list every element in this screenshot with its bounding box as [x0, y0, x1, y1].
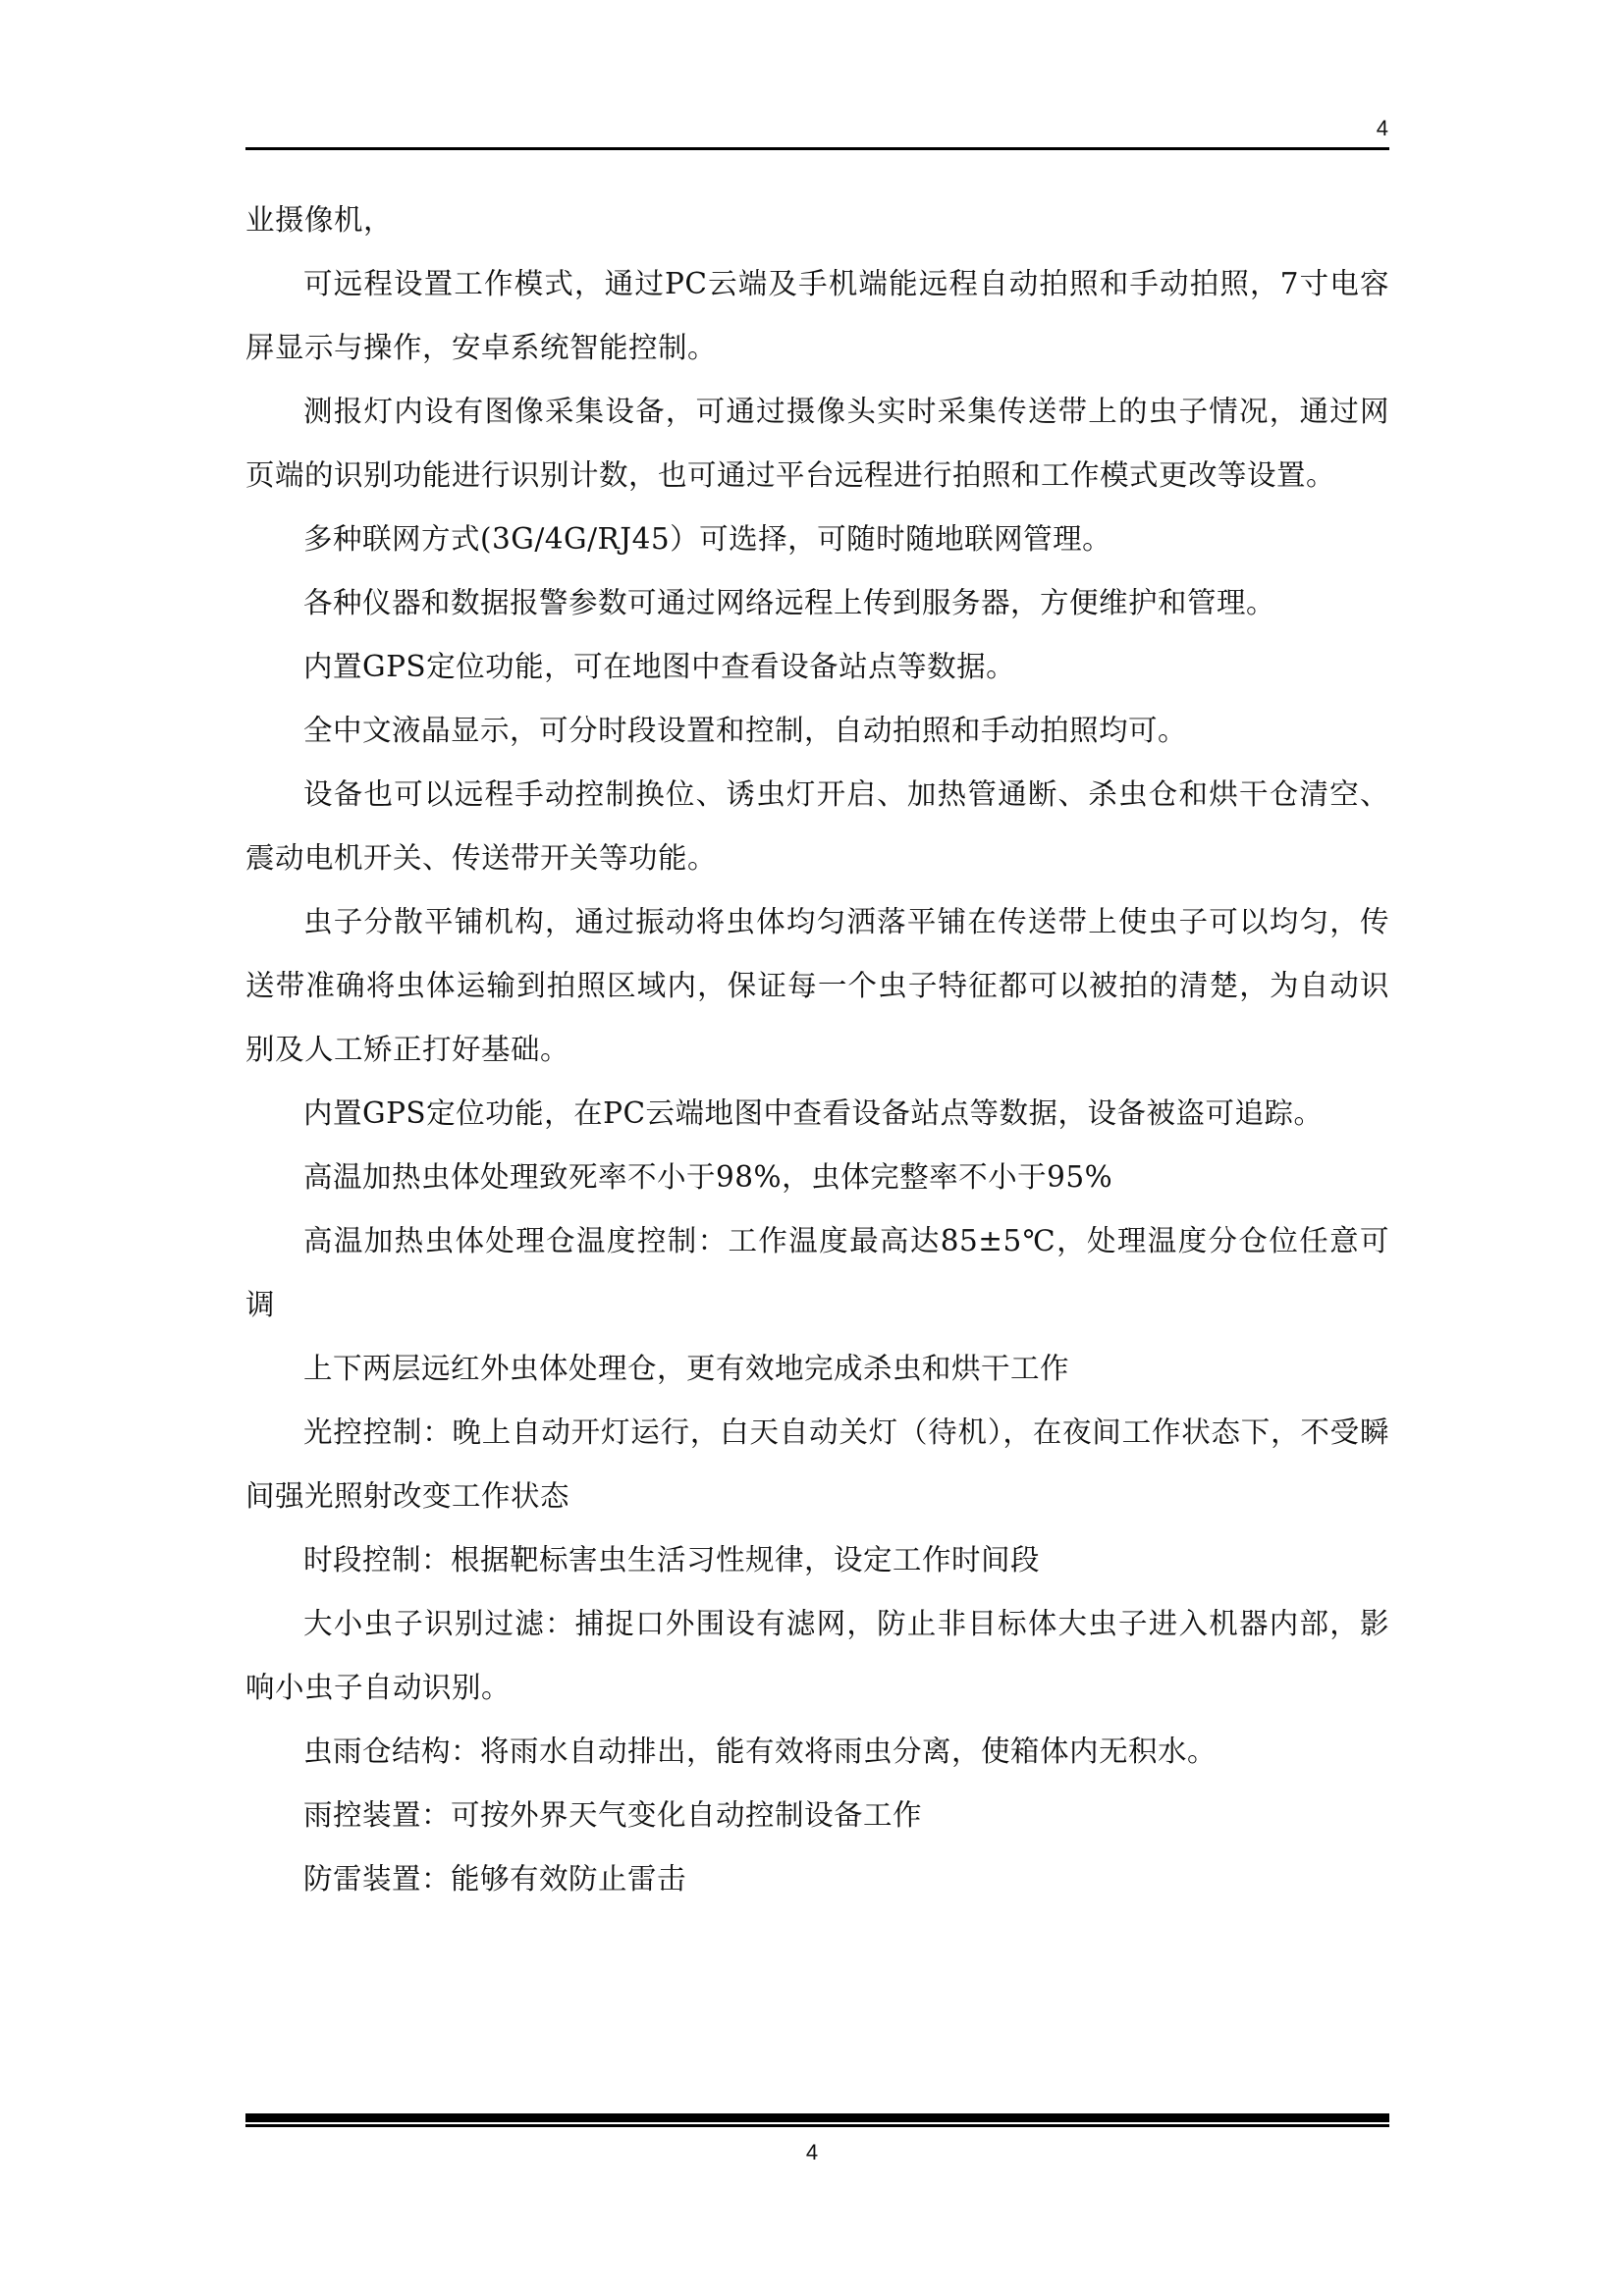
paragraph: 时段控制：根据靶标害虫生活习性规律，设定工作时间段: [245, 1528, 1389, 1592]
paragraph: 内置GPS定位功能，在PC云端地图中查看设备站点等数据，设备被盗可追踪。: [245, 1082, 1389, 1146]
paragraph: 各种仪器和数据报警参数可通过网络远程上传到服务器，方便维护和管理。: [245, 571, 1389, 635]
paragraph: 虫雨仓结构：将雨水自动排出，能有效将雨虫分离，使箱体内无积水。: [245, 1720, 1389, 1784]
footer-divider-thick: [245, 2113, 1389, 2122]
paragraph: 全中文液晶显示，可分时段设置和控制，自动拍照和手动拍照均可。: [245, 699, 1389, 763]
header-page-number: 4: [1377, 116, 1388, 141]
paragraph: 高温加热虫体处理致死率不小于98%，虫体完整率不小于95%: [245, 1146, 1389, 1209]
paragraph: 光控控制：晚上自动开灯运行，白天自动关灯（待机），在夜间工作状态下，不受瞬间强光…: [245, 1401, 1389, 1528]
paragraph: 设备也可以远程手动控制换位、诱虫灯开启、加热管通断、杀虫仓和烘干仓清空、震动电机…: [245, 763, 1389, 890]
paragraph: 上下两层远红外虫体处理仓，更有效地完成杀虫和烘干工作: [245, 1337, 1389, 1401]
footer-divider-thin: [245, 2124, 1389, 2127]
header-divider: [245, 147, 1389, 150]
paragraph: 雨控装置：可按外界天气变化自动控制设备工作: [245, 1784, 1389, 1847]
paragraph: 虫子分散平铺机构，通过振动将虫体均匀洒落平铺在传送带上使虫子可以均匀，传送带准确…: [245, 890, 1389, 1082]
paragraph: 多种联网方式(3G/4G/RJ45）可选择，可随时随地联网管理。: [245, 507, 1389, 571]
document-body: 业摄像机， 可远程设置工作模式，通过PC云端及手机端能远程自动拍照和手动拍照，7…: [245, 188, 1389, 1911]
paragraph: 可远程设置工作模式，通过PC云端及手机端能远程自动拍照和手动拍照，7寸电容屏显示…: [245, 252, 1389, 380]
paragraph: 防雷装置：能够有效防止雷击: [245, 1847, 1389, 1911]
paragraph: 大小虫子识别过滤：捕捉口外围设有滤网，防止非目标体大虫子进入机器内部，影响小虫子…: [245, 1592, 1389, 1720]
paragraph: 业摄像机，: [245, 188, 1389, 252]
paragraph: 高温加热虫体处理仓温度控制：工作温度最高达85±5℃，处理温度分仓位任意可调: [245, 1209, 1389, 1337]
footer-page-number: 4: [0, 2140, 1624, 2165]
paragraph: 内置GPS定位功能，可在地图中查看设备站点等数据。: [245, 635, 1389, 699]
paragraph: 测报灯内设有图像采集设备，可通过摄像头实时采集传送带上的虫子情况，通过网页端的识…: [245, 380, 1389, 507]
